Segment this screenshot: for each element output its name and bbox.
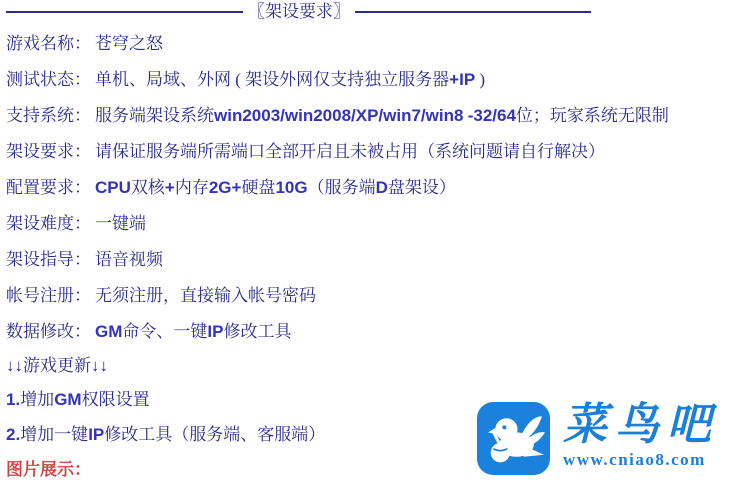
info-label: 架设指导：	[6, 250, 91, 269]
info-line-test-status: 测试状态：单机、局域、外网 ( 架设外网仅支持独立服务器+IP )	[6, 62, 750, 98]
info-line-supported-systems: 支持系统：服务端架设系统win2003/win2008/XP/win7/win8…	[6, 98, 750, 134]
info-label: 数据修改：	[6, 322, 91, 341]
info-line-data-modification: 数据修改：GM命令、一键IP修改工具	[6, 314, 750, 350]
info-value: 服务端架设系统win2003/win2008/XP/win7/win8 -32/…	[95, 106, 669, 125]
info-list: 游戏名称：苍穹之怒 测试状态：单机、局域、外网 ( 架设外网仅支持独立服务器+I…	[0, 22, 750, 350]
info-line-setup-requirements: 架设要求：请保证服务端所需端口全部开启且未被占用（系统问题请自行解决）	[6, 134, 750, 170]
page-title: 〖架设要求〗	[248, 2, 350, 22]
info-value: GM命令、一键IP修改工具	[95, 322, 291, 341]
brand-name: 菜鸟吧	[563, 402, 719, 448]
info-value: 单机、局域、外网 ( 架设外网仅支持独立服务器+IP )	[95, 70, 485, 89]
info-line-setup-difficulty: 架设难度：一键端	[6, 206, 750, 242]
info-value: 无须注册，直接输入帐号密码	[95, 286, 316, 305]
title-row: 〖架设要求〗	[0, 0, 750, 22]
bird-icon	[477, 402, 550, 475]
info-line-game-name: 游戏名称：苍穹之怒	[6, 26, 750, 62]
setup-requirements-document: 〖架设要求〗 游戏名称：苍穹之怒 测试状态：单机、局域、外网 ( 架设外网仅支持…	[0, 0, 750, 490]
info-value: 苍穹之怒	[95, 34, 163, 53]
title-divider-right	[355, 11, 591, 13]
info-label: 配置要求：	[6, 178, 91, 197]
info-value: 语音视频	[95, 250, 163, 269]
info-label: 测试状态：	[6, 70, 91, 89]
info-label: 架设要求：	[6, 142, 91, 161]
brand-url: www.cniao8.com	[563, 450, 719, 470]
info-line-hardware-requirements: 配置要求：CPU双核+内存2G+硬盘10G（服务端D盘架设）	[6, 170, 750, 206]
brand-logo: 菜鸟吧 www.cniao8.com	[477, 402, 719, 475]
title-divider-left	[6, 11, 243, 13]
brand-text: 菜鸟吧 www.cniao8.com	[563, 402, 719, 470]
info-label: 架设难度：	[6, 214, 91, 233]
info-line-account-registration: 帐号注册：无须注册，直接输入帐号密码	[6, 278, 750, 314]
info-label: 帐号注册：	[6, 286, 91, 305]
update-section-header: ↓↓游戏更新↓↓	[6, 350, 750, 382]
info-value: CPU双核+内存2G+硬盘10G（服务端D盘架设）	[95, 178, 456, 197]
info-label: 游戏名称：	[6, 34, 91, 53]
info-label: 支持系统：	[6, 106, 91, 125]
info-value: 请保证服务端所需端口全部开启且未被占用（系统问题请自行解决）	[95, 142, 605, 161]
info-line-setup-guide: 架设指导：语音视频	[6, 242, 750, 278]
info-value: 一键端	[95, 214, 146, 233]
